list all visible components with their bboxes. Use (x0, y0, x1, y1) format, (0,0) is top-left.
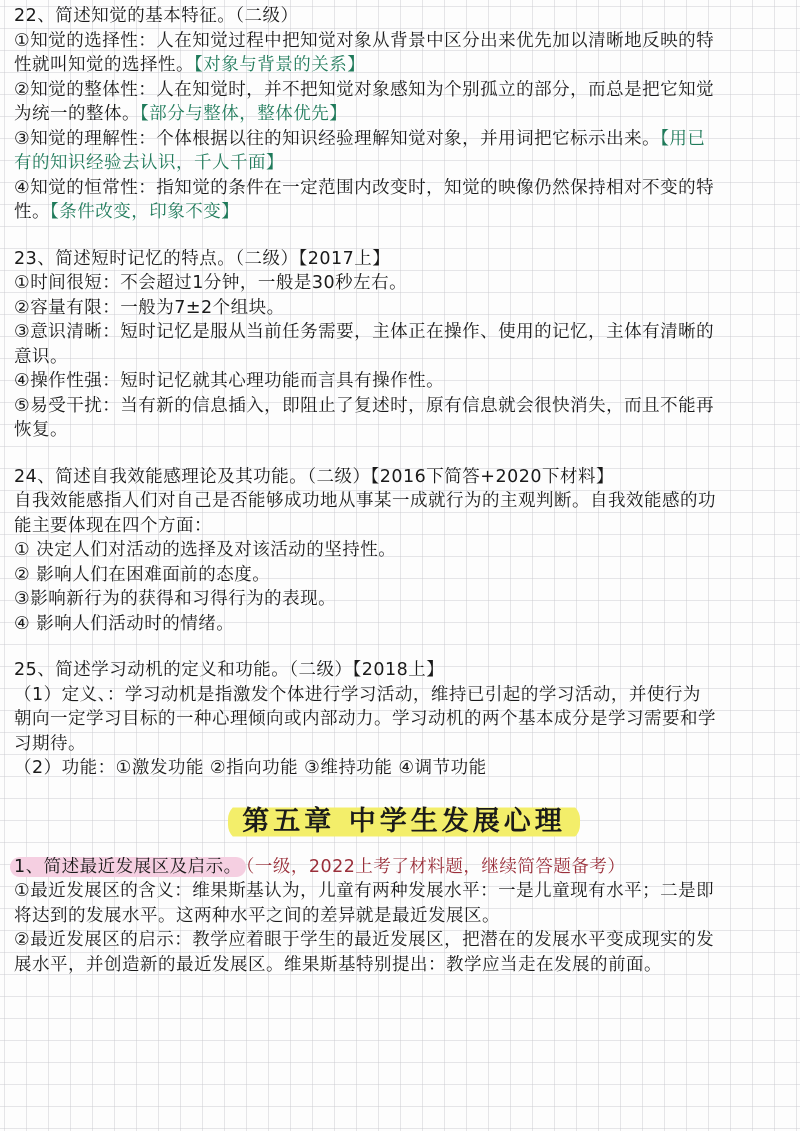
notes-page: 22、简述知觉的基本特征。（二级） ①知觉的选择性：人在知觉过程中把知觉对象从背… (14, 4, 794, 999)
answer-text: 为统一的整体。 (14, 104, 140, 124)
answer-line: ③影响新行为的获得和习得行为的表现。 (14, 587, 794, 612)
chapter-heading-wrap: 第五章 中学生发展心理 (14, 803, 794, 841)
answer-text: 性就叫知觉的选择性。 (14, 55, 194, 75)
question-25: 25、简述学习动机的定义和功能。（二级）【2018上】 （1）定义、：学习动机是… (14, 658, 794, 781)
answer-line: ②容量有限：一般为7±2个组块。 (14, 296, 794, 321)
keyword-note: 有的知识经验去认识，千人千面】 (14, 151, 794, 176)
answer-line: 习期待。 (14, 732, 794, 757)
answer-line: ③知觉的理解性：个体根据以往的知识经验理解知觉对象，并用词把它标示出来。【用已 (14, 127, 794, 152)
answer-line: ⑤易受干扰：当有新的信息插入，即阻止了复述时，原有信息就会很快消失，而且不能再 (14, 394, 794, 419)
answer-line: ②最近发展区的启示：教学应着眼于学生的最近发展区，把潜在的发展水平变成现实的发 (14, 928, 794, 953)
answer-text: 性。 (14, 202, 50, 222)
answer-line: （2）功能：①激发功能 ②指向功能 ③维持功能 ④调节功能 (14, 756, 794, 781)
answer-line: 朝向一定学习目标的一种心理倾向或内部动力。学习动机的两个基本成分是学习需要和学 (14, 707, 794, 732)
question-22: 22、简述知觉的基本特征。（二级） ①知觉的选择性：人在知觉过程中把知觉对象从背… (14, 4, 794, 225)
question-title: 24、简述自我效能感理论及其功能。（二级）【2016下简答+2020下材料】 (14, 465, 794, 490)
answer-line: ① 决定人们对活动的选择及对该活动的坚持性。 (14, 538, 794, 563)
answer-line: ①知觉的选择性：人在知觉过程中把知觉对象从背景中区分出来优先加以清晰地反映的特 (14, 29, 794, 54)
chapter-title: 第五章 中学生发展心理 (228, 803, 579, 841)
answer-line: 恢复。 (14, 418, 794, 443)
keyword-note: 【对象与背景的关系】 (194, 55, 365, 75)
answer-line: 性。【条件改变，印象不变】 (14, 200, 794, 225)
answer-line: ④ 影响人们活动时的情绪。 (14, 612, 794, 637)
question-title: 23、简述短时记忆的特点。（二级）【2017上】 (14, 247, 794, 272)
answer-line: ①时间很短：不会超过1分钟，一般是30秒左右。 (14, 271, 794, 296)
answer-line: 将达到的发展水平。这两种水平之间的差异就是最近发展区。 (14, 904, 794, 929)
question-24: 24、简述自我效能感理论及其功能。（二级）【2016下简答+2020下材料】 自… (14, 465, 794, 637)
question-title: 1、简述最近发展区及启示。 (10, 857, 246, 877)
answer-line: 性就叫知觉的选择性。【对象与背景的关系】 (14, 53, 794, 78)
answer-line: （1）定义、：学习动机是指激发个体进行学习活动，维持已引起的学习活动，并使行为 (14, 683, 794, 708)
answer-line: ③意识清晰：短时记忆是服从当前任务需要，主体正在操作、使用的记忆，主体有清晰的 (14, 320, 794, 345)
keyword-note: 【条件改变，印象不变】 (50, 202, 239, 222)
answer-line: ④操作性强：短时记忆就其心理功能而言具有操作性。 (14, 369, 794, 394)
answer-line: 意识。 (14, 345, 794, 370)
keyword-note: 【部分与整体，整体优先】 (140, 104, 347, 124)
question-23: 23、简述短时记忆的特点。（二级）【2017上】 ①时间很短：不会超过1分钟，一… (14, 247, 794, 443)
answer-line: 展水平，并创造新的最近发展区。维果斯基特别提出：教学应当走在发展的前面。 (14, 953, 794, 978)
exam-note: （一级，2022上考了材料题，继续简答题备考） (246, 857, 626, 877)
question-title-line: 1、简述最近发展区及启示。（一级，2022上考了材料题，继续简答题备考） (14, 855, 794, 880)
chapter5-question-1: 1、简述最近发展区及启示。（一级，2022上考了材料题，继续简答题备考） ①最近… (14, 855, 794, 978)
answer-text: ③知觉的理解性：个体根据以往的知识经验理解知觉对象，并用词把它标示出来。 (14, 129, 660, 149)
answer-line: ②知觉的整体性：人在知觉时，并不把知觉对象感知为个别孤立的部分，而总是把它知觉 (14, 78, 794, 103)
question-title: 22、简述知觉的基本特征。（二级） (14, 4, 794, 29)
answer-line: ② 影响人们在困难面前的态度。 (14, 563, 794, 588)
question-title: 25、简述学习动机的定义和功能。（二级）【2018上】 (14, 658, 794, 683)
keyword-note: 【用已 (660, 129, 705, 149)
answer-line: 能主要体现在四个方面： (14, 514, 794, 539)
answer-line: ④知觉的恒常性：指知觉的条件在一定范围内改变时，知觉的映像仍然保持相对不变的特 (14, 176, 794, 201)
answer-line: 为统一的整体。【部分与整体，整体优先】 (14, 102, 794, 127)
answer-line: 自我效能感指人们对自己是否能够成功地从事某一成就行为的主观判断。自我效能感的功 (14, 489, 794, 514)
answer-line: ①最近发展区的含义：维果斯基认为，儿童有两种发展水平：一是儿童现有水平；二是即 (14, 879, 794, 904)
